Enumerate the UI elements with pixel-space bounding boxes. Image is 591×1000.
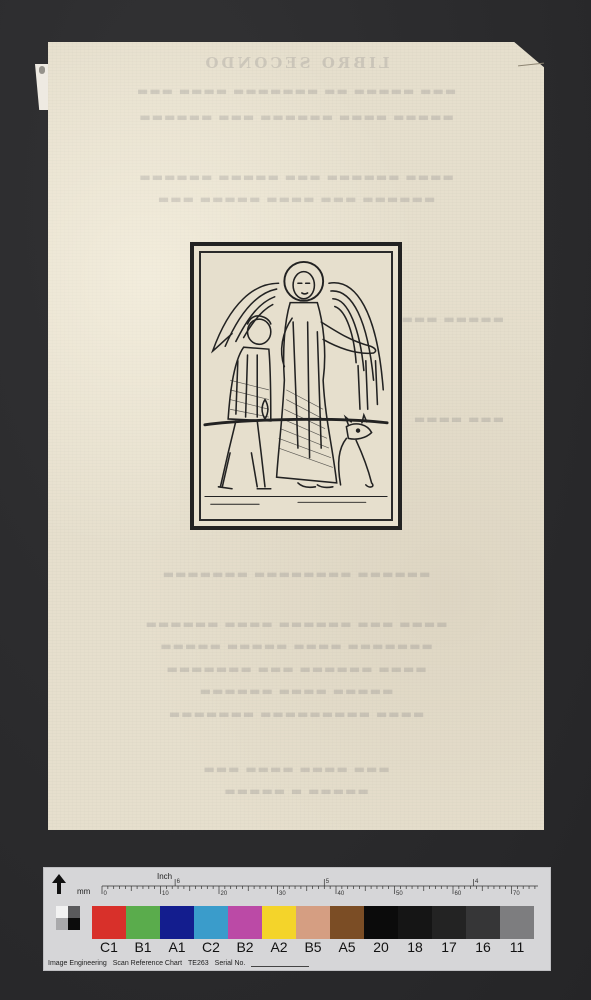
angel-and-tobias-illustration — [201, 253, 391, 519]
svg-text:60: 60 — [455, 891, 462, 896]
swatch-label: 20 — [364, 939, 398, 955]
maker-label: Image Engineering — [48, 960, 107, 967]
bleed-through-line: ▬▬▬ ▬▬▬▬ ▬▬▬▬ ▬▬▬ — [48, 762, 544, 776]
gray-patch-black — [68, 918, 80, 930]
serial-number-blank — [251, 960, 309, 967]
svg-text:4: 4 — [475, 879, 479, 885]
bleed-through-line: ▬▬▬▬▬ ▬▬▬▬ ▬▬▬▬▬▬ ▬▬▬ ▬▬▬▬▬▬ — [48, 110, 544, 124]
svg-text:30: 30 — [279, 891, 286, 896]
bleed-through-line: ▬▬▬▬ ▬▬▬▬▬▬▬▬▬ ▬▬▬▬▬▬▬ — [48, 707, 544, 721]
swatch-a2 — [262, 906, 296, 939]
swatch-20 — [364, 906, 398, 939]
gray-reference-patch — [56, 906, 80, 930]
svg-text:70: 70 — [513, 891, 520, 896]
swatch-label: 17 — [432, 939, 466, 955]
svg-text:50: 50 — [396, 891, 403, 896]
swatch-label: C2 — [194, 939, 228, 955]
color-swatch-row — [92, 906, 534, 939]
bleed-through-line: ▬▬▬▬▬▬ ▬▬▬ ▬▬▬▬ ▬▬▬▬▬ ▬▬▬ — [48, 192, 544, 206]
woodcut-illustration — [190, 242, 402, 530]
svg-text:6: 6 — [177, 879, 181, 885]
swatch-label: B5 — [296, 939, 330, 955]
swatch-label: 18 — [398, 939, 432, 955]
model-label: TE263 — [188, 960, 209, 967]
swatch-b5 — [296, 906, 330, 939]
bleed-through-line: ▬▬▬▬▬ ▬ ▬▬▬▬▬ — [48, 784, 544, 798]
bleed-through-line: ▬▬▬▬ ▬▬▬▬▬▬ ▬▬▬ ▬▬▬▬▬ ▬▬▬▬▬▬ — [48, 170, 544, 184]
bleed-through-line: ▬▬▬▬ ▬▬▬▬▬▬ ▬▬▬ ▬▬▬▬▬▬▬ — [48, 662, 544, 676]
svg-text:0: 0 — [104, 891, 108, 896]
measurement-ruler: 010203040506070654 — [100, 878, 540, 896]
color-calibration-chart: mm Inch 010203040506070654 C1 B1 — [43, 867, 551, 971]
swatch-label: A1 — [160, 939, 194, 955]
svg-text:20: 20 — [221, 891, 228, 896]
bleed-through-line: ▬▬▬▬▬ ▬▬▬▬ ▬▬▬▬▬▬ — [48, 684, 544, 698]
svg-text:5: 5 — [326, 879, 330, 885]
mm-unit-label: mm — [77, 887, 90, 896]
bleed-through-line: ▬▬▬▬▬▬ ▬▬▬▬▬▬▬▬ ▬▬▬▬▬▬▬ — [48, 567, 544, 581]
serial-label: Serial No. — [215, 960, 246, 967]
gray-patch-mid — [56, 918, 68, 930]
swatch-label: 11 — [500, 939, 534, 955]
swatch-a1 — [160, 906, 194, 939]
svg-text:10: 10 — [162, 891, 169, 896]
swatch-label: B2 — [228, 939, 262, 955]
swatch-label: C1 — [92, 939, 126, 955]
bleed-through-line: ▬▬▬ ▬▬▬▬▬ ▬▬ ▬▬▬▬▬▬▬ ▬▬▬▬ ▬▬▬ — [48, 84, 544, 98]
gray-patch-dark — [68, 906, 80, 918]
chart-name-label: Scan Reference Chart — [113, 960, 182, 967]
swatch-11 — [500, 906, 534, 939]
swatch-16 — [466, 906, 500, 939]
chart-footer: Image Engineering Scan Reference Chart T… — [48, 960, 309, 967]
swatch-label-row: C1 B1 A1 C2 B2 A2 B5 A5 20 18 17 16 11 — [92, 939, 534, 955]
swatch-a5 — [330, 906, 364, 939]
swatch-label: 16 — [466, 939, 500, 955]
swatch-label: A5 — [330, 939, 364, 955]
gray-patch-white — [56, 906, 68, 918]
swatch-c2 — [194, 906, 228, 939]
swatch-17 — [432, 906, 466, 939]
swatch-label: B1 — [126, 939, 160, 955]
bleed-through-line: ▬▬▬▬▬▬▬ ▬▬▬▬ ▬▬▬▬▬ ▬▬▬▬▬ — [48, 639, 544, 653]
svg-text:40: 40 — [338, 891, 345, 896]
swatch-c1 — [92, 906, 126, 939]
up-arrow-icon — [51, 873, 67, 895]
swatch-18 — [398, 906, 432, 939]
swatch-label: A2 — [262, 939, 296, 955]
bleed-through-line: ▬▬▬▬ ▬▬▬ ▬▬▬▬▬▬ ▬▬▬▬ ▬▬▬▬▬▬ — [48, 617, 544, 631]
swatch-b1 — [126, 906, 160, 939]
swatch-b2 — [228, 906, 262, 939]
bleed-through-heading: LIBRO SECONDO — [48, 54, 544, 72]
